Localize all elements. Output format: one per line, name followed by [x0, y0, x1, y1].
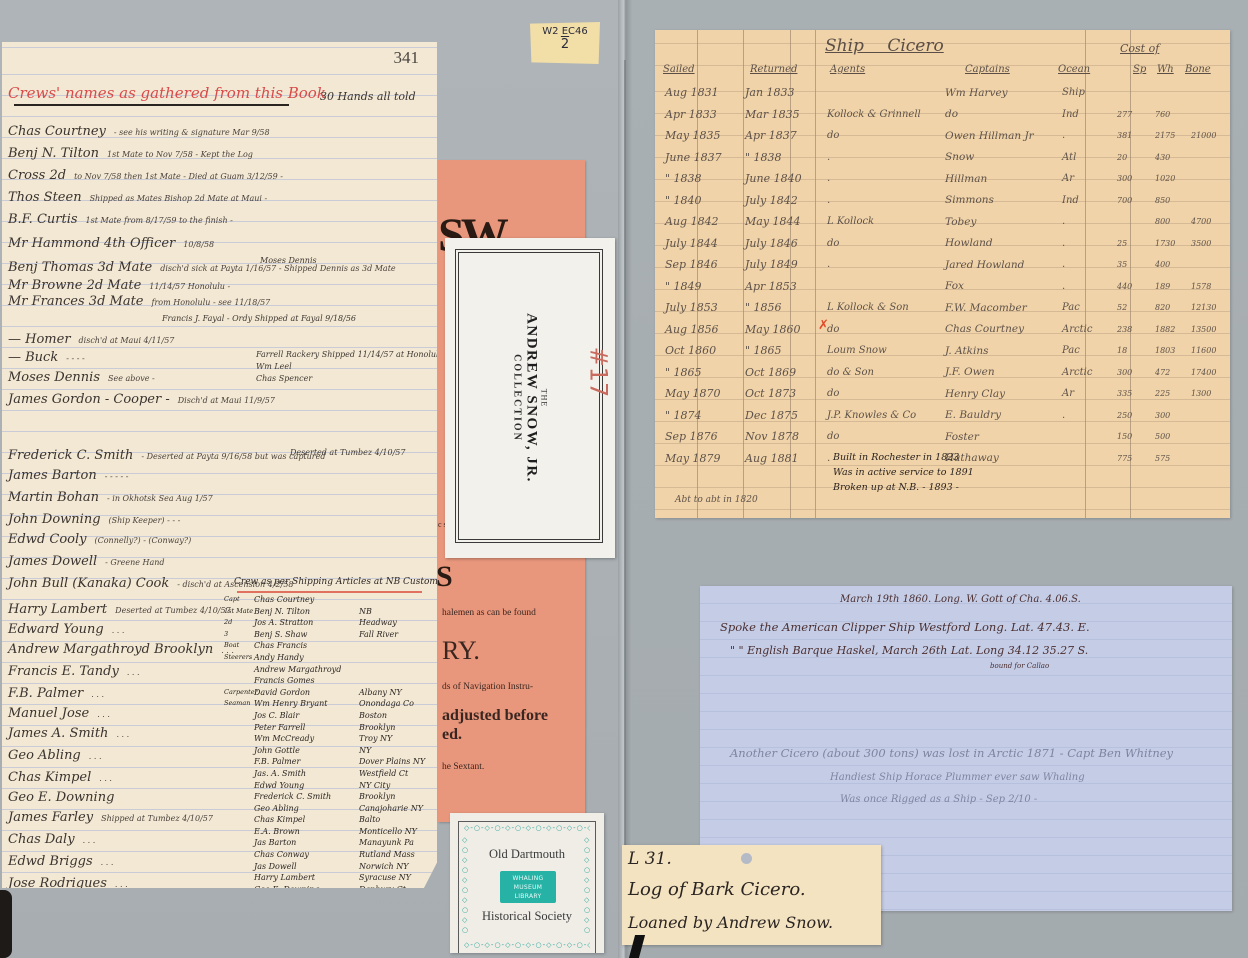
crew-name: Mr Hammond 4th Officer — [8, 236, 175, 251]
crew-note: - - - - — [66, 354, 84, 363]
letter-date-line: March 19th 1860. Long. W. Gott of Cha. 4… — [840, 594, 1081, 605]
crew-name: Harry Lambert — [254, 873, 359, 885]
shipping-article-row: SeamanWm Henry BryantOnondaga Co — [224, 699, 429, 711]
crew-note: Shipped at Tumbez 4/10/57 — [101, 814, 213, 823]
crew-name: Geo E. Downing — [8, 790, 114, 805]
crew-note: . . . — [127, 668, 140, 677]
ledger-cell-returned-date: July 1842 — [745, 194, 827, 207]
crew-entry: B.F. Curtis1st Mate from 8/17/59 to the … — [8, 212, 233, 227]
crew-hometown: Balto — [359, 815, 429, 827]
crew-note: . . . — [97, 710, 110, 719]
ledger-cell-agents: . — [827, 195, 927, 206]
card-handwritten-number: #17 — [584, 347, 612, 398]
ledger-col-returned: Returned — [750, 64, 797, 75]
ledger-cell-whalebone: 3500 — [1191, 239, 1230, 248]
shipping-article-row: Francis Gomes — [224, 676, 429, 688]
shipping-article-row: 2dJos A. StrattonHeadway — [224, 618, 429, 630]
ledger-cell-sailed-date: July 1853 — [655, 301, 745, 314]
crew-note: 1st Mate from 8/17/59 to the finish - — [86, 216, 233, 225]
crew-name: John Bull (Kanaka) Cook — [8, 576, 169, 591]
crew-page-title: Crews' names as gathered from this Book — [8, 84, 326, 102]
crew-note: . . . — [112, 626, 125, 635]
ledger-row: Oct 1860" 1865Loum SnowJ. AtkinsPac18180… — [655, 340, 1230, 362]
shipping-article-row: Jas. A. SmithWestfield Ct — [224, 769, 429, 781]
crew-rank — [224, 804, 254, 816]
tag-line-2: Log of Bark Cicero. — [628, 879, 806, 900]
ledger-cell-sperm-oil: 440 — [1117, 282, 1155, 291]
ledger-cell-ocean: Ship — [1062, 87, 1117, 98]
crew-rank: Boat — [224, 641, 254, 653]
ledger-row: " 1874Dec 1875J.P. Knowles & CoE. Bauldr… — [655, 405, 1230, 427]
crew-entry: Harry LambertDeserted at Tumbez 4/10/57 — [8, 602, 231, 617]
ledger-row: Apr 1833Mar 1835Kollock & GrinnelldoInd2… — [655, 104, 1230, 126]
crew-note: 10/8/58 — [183, 240, 214, 249]
crew-note: . . . — [89, 752, 102, 761]
ledger-cell-sailed-date: Aug 1856 — [655, 323, 745, 336]
crew-rank — [224, 711, 254, 723]
broadside-navigation-line: ds of Navigation Instru- — [442, 682, 533, 692]
page-number: 341 — [394, 48, 420, 68]
crew-side-note: Wm Leel — [256, 362, 292, 371]
crew-name: Chas Courtney — [254, 595, 359, 607]
crew-hometown: Headway — [359, 618, 429, 630]
call-number-tag: W2 EC46 2 — [530, 22, 600, 64]
ledger-cell-whale-oil: 300 — [1155, 411, 1191, 420]
crew-name: B.F. Curtis — [8, 212, 78, 227]
crew-name: Manuel Jose — [8, 706, 89, 721]
ledger-cell-captain: J. Atkins — [927, 345, 1062, 357]
ledger-cell-whalebone: 1578 — [1191, 282, 1230, 291]
ledger-cell-whale-oil: 400 — [1155, 260, 1191, 269]
crew-name: Benj N. Tilton — [254, 607, 359, 619]
crew-name: Benj S. Shaw — [254, 630, 359, 642]
crew-entry: Geo E. Downing — [8, 790, 122, 805]
crew-name: Benj Thomas 3d Mate — [8, 260, 152, 275]
crew-entry: James Barton- - - - - — [8, 468, 128, 483]
ledger-cell-sailed-date: " 1849 — [655, 280, 745, 293]
crew-name: James Barton — [8, 468, 97, 483]
ledger-cell-whale-oil: 760 — [1155, 110, 1191, 119]
ledger-cell-captain: Chas Courtney — [927, 323, 1062, 335]
crew-entry: Frederick C. Smith- Deserted at Payta 9/… — [8, 448, 325, 463]
crew-name: Francis Gomes — [254, 676, 359, 688]
call-number-line2: 2 — [530, 37, 600, 52]
red-x-mark: ✗ — [818, 318, 829, 333]
ledger-cell-whale-oil: 820 — [1155, 303, 1191, 312]
ledger-cell-sperm-oil: 25 — [1117, 239, 1155, 248]
crew-entry: Cross 2dto Nov 7/58 then 1st Mate - Died… — [8, 168, 283, 183]
ledger-cell-returned-date: Oct 1869 — [745, 366, 827, 379]
ledger-cell-sailed-date: May 1835 — [655, 129, 745, 142]
ledger-cell-whale-oil: 1730 — [1155, 239, 1191, 248]
crew-name: Chas Conway — [254, 850, 359, 862]
crew-hometown — [359, 676, 429, 688]
crew-name: Edwd Cooly — [8, 532, 87, 547]
crew-name: Edwd Briggs — [8, 854, 93, 869]
tag-line-3: Loaned by Andrew Snow. — [628, 913, 833, 932]
crew-note: (Connelly?) - (Conway?) — [95, 536, 192, 545]
crew-hometown: Boston — [359, 711, 429, 723]
ledger-row: " 1849Apr 1853Fox.4401891578 — [655, 276, 1230, 298]
ledger-cell-returned-date: Nov 1878 — [745, 430, 827, 443]
shipping-article-row: Wm McCreadyTroy NY — [224, 734, 429, 746]
ledger-col-sp: Sp — [1133, 64, 1146, 75]
crew-name: Geo Abling — [254, 804, 359, 816]
crew-hometown: Norwich NY — [359, 862, 429, 874]
ledger-cell-sailed-date: May 1879 — [655, 452, 745, 465]
ledger-cell-captain: Foster — [927, 431, 1062, 443]
crew-entry: James Gordon - Cooper -Disch'd at Maui 1… — [8, 392, 275, 407]
crew-rank — [224, 769, 254, 781]
crew-rank — [224, 676, 254, 688]
crew-name: Frederick C. Smith — [254, 792, 359, 804]
crew-entry: Manuel Jose. . . — [8, 706, 110, 721]
letter-line-2-sub: bound for Callao — [990, 662, 1049, 670]
crew-name: Edwd Young — [254, 781, 359, 793]
badge-line: WHALING — [500, 874, 556, 883]
bookplate-ornament-top: ◇-○-◇-○-◇-○-◇-○-◇-○-◇-○-◇ — [464, 824, 590, 832]
crew-entry: Chas Daly. . . — [8, 832, 95, 847]
ledger-row: " 1840July 1842.SimmonsInd700850 — [655, 190, 1230, 212]
crew-name: John Gottle — [254, 746, 359, 758]
ledger-cell-whalebone: 12130 — [1191, 303, 1230, 312]
ledger-cell-whale-oil: 225 — [1155, 389, 1191, 398]
shipping-article-row: Jas BartonManayunk Pa — [224, 838, 429, 850]
pencil-note-3: Was once Rigged as a Ship - Sep 2/10 - — [840, 794, 1037, 805]
ledger-history-notes: Built in Rochester in 1823 Was in active… — [833, 450, 974, 495]
shipping-article-row: Edwd YoungNY City — [224, 781, 429, 793]
ledger-cell-whale-oil: 2175 — [1155, 131, 1191, 140]
crew-hometown: Brooklyn — [359, 792, 429, 804]
ledger-row: Aug 1831Jan 1833Wm HarveyShip — [655, 82, 1230, 104]
shipping-article-row: F.B. PalmerDover Plains NY — [224, 757, 429, 769]
ledger-cell-returned-date: Dec 1875 — [745, 409, 827, 422]
ledger-cell-captain: Hillman — [927, 173, 1062, 185]
crew-name: Mr Frances 3d Mate — [8, 294, 144, 309]
ledger-cell-whale-oil: 430 — [1155, 153, 1191, 162]
shipping-article-row: E.A. BrownMonticello NY — [224, 827, 429, 839]
crew-name: Peter Farrell — [254, 723, 359, 735]
crew-rank — [224, 746, 254, 758]
call-number-line1: W2 EC46 — [530, 26, 600, 37]
broadside-ed-line: ed. — [442, 726, 462, 744]
ledger-cell-agents: . — [827, 173, 927, 184]
crew-name: Martin Bohan — [8, 490, 99, 505]
crew-hometown — [359, 665, 429, 677]
crew-entry: — Buck- - - - — [8, 350, 85, 365]
dark-cover-edge — [0, 890, 12, 958]
broadside-big-letter: S — [436, 560, 453, 594]
shipping-article-row: CarpenterDavid GordonAlbany NY — [224, 688, 429, 700]
ledger-cell-captain: Henry Clay — [927, 388, 1062, 400]
ledger-cell-ocean: Ar — [1062, 173, 1117, 184]
shipping-article-row: John GottleNY — [224, 746, 429, 758]
ledger-col-agents: Agents — [830, 64, 865, 75]
ledger-cell-sperm-oil: 20 — [1117, 153, 1155, 162]
ship-cicero-ledger: Ship Cicero Cost of Sailed Returned Agen… — [655, 30, 1230, 518]
ledger-cell-captain: F.W. Macomber — [927, 302, 1062, 314]
ledger-cell-agents: . — [827, 259, 927, 270]
ledger-cell-whale-oil: 1803 — [1155, 346, 1191, 355]
ledger-note: Built in Rochester in 1823 — [833, 450, 974, 465]
ledger-row: Sep 1876Nov 1878doFoster150500 — [655, 426, 1230, 448]
crew-rank — [224, 827, 254, 839]
ledger-cell-returned-date: Aug 1881 — [745, 452, 827, 465]
ledger-cell-whale-oil: 472 — [1155, 368, 1191, 377]
crew-entry: F.B. Palmer. . . — [8, 686, 104, 701]
crew-hometown — [359, 595, 429, 607]
crew-rank — [224, 781, 254, 793]
crew-entry: Benj Thomas 3d Matedisch'd sick at Payta… — [8, 260, 396, 275]
ledger-cell-whalebone: 17400 — [1191, 368, 1230, 377]
ledger-cell-sperm-oil: 250 — [1117, 411, 1155, 420]
crew-rank: 1st Mate — [224, 607, 254, 619]
ledger-cell-whale-oil: 500 — [1155, 432, 1191, 441]
crew-name: Chas Francis — [254, 641, 359, 653]
crew-name: E.A. Brown — [254, 827, 359, 839]
ledger-cell-sperm-oil: 35 — [1117, 260, 1155, 269]
ledger-cell-agents: do — [827, 431, 927, 442]
crew-note: . . . — [99, 774, 112, 783]
ledger-cell-sailed-date: Sep 1876 — [655, 430, 745, 443]
crew-note: See above - — [108, 374, 155, 383]
ledger-note: Was in active service to 1891 — [833, 465, 974, 480]
ledger-cell-sperm-oil: 277 — [1117, 110, 1155, 119]
crew-name: Wm Henry Bryant — [254, 699, 359, 711]
crew-note: Disch'd at Maui 11/9/57 — [178, 396, 275, 405]
crew-note: (Ship Keeper) - - - — [109, 516, 181, 525]
crew-name: James Gordon - Cooper - — [8, 392, 170, 407]
shipping-article-row: Peter FarrellBrooklyn — [224, 723, 429, 735]
ledger-cell-agents: L Kollock & Son — [827, 302, 927, 313]
ledger-cell-captain: Fox — [927, 280, 1062, 292]
crew-name: Andy Handy — [254, 653, 359, 665]
ledger-cell-captain: E. Bauldry — [927, 409, 1062, 421]
ledger-footer-note: Abt to abt in 1820 — [675, 495, 758, 505]
crew-name: Andrew Margathroyd Brooklyn — [8, 642, 213, 657]
crew-side-note: Francis J. Fayal - Ordy Shipped at Fayal… — [162, 314, 356, 323]
crew-rank — [224, 792, 254, 804]
ledger-cost-header: Cost of — [1120, 42, 1159, 55]
ledger-note: Broken up at N.B. - 1893 - — [833, 480, 974, 495]
crew-name: Harry Lambert — [8, 602, 107, 617]
ledger-cell-agents: do — [827, 388, 927, 399]
crew-side-note: Moses Dennis — [260, 256, 317, 265]
ledger-cell-whalebone: 1300 — [1191, 389, 1230, 398]
bookplate-org-line1: Old Dartmouth — [450, 847, 604, 862]
crew-entry: Edward Young. . . — [8, 622, 124, 637]
ledger-cell-ocean: Atl — [1062, 152, 1117, 163]
crew-name: James Dowell — [8, 554, 97, 569]
crew-name: F.B. Palmer — [254, 757, 359, 769]
crew-name: Chas Courtney — [8, 124, 106, 139]
crew-name: — Homer — [8, 332, 71, 347]
ledger-row: Sep 1846July 1849.Jared Howland.35400 — [655, 254, 1230, 276]
crew-name: F.B. Palmer — [8, 686, 83, 701]
crew-name: John Downing — [8, 512, 101, 527]
ledger-cell-whale-oil: 850 — [1155, 196, 1191, 205]
ledger-row: " 1838June 1840.HillmanAr3001020 — [655, 168, 1230, 190]
bookplate-org-line2: Historical Society — [450, 909, 604, 924]
crew-rank: Seaman — [224, 699, 254, 711]
crew-name: Jas. A. Smith — [254, 769, 359, 781]
ledger-row: Aug 1842May 1844L KollockTobey.8004700 — [655, 211, 1230, 233]
ledger-cell-captain: Wm Harvey — [927, 87, 1062, 99]
ledger-cell-sperm-oil: 775 — [1117, 454, 1155, 463]
crew-hometown: Dover Plains NY — [359, 757, 429, 769]
ledger-cell-captain: Simmons — [927, 194, 1062, 206]
letter-line-1: Spoke the American Clipper Ship Westford… — [720, 620, 1090, 634]
pencil-note-1: Another Cicero (about 300 tons) was lost… — [730, 746, 1173, 760]
crew-rank — [224, 850, 254, 862]
letter-line-2: " " English Barque Haskel, March 26th La… — [730, 644, 1088, 657]
crew-rank: Capt — [224, 595, 254, 607]
crew-name: James A. Smith — [8, 726, 108, 741]
crew-name: Jos C. Blair — [254, 711, 359, 723]
crew-name: Jos A. Stratton — [254, 618, 359, 630]
crew-name: Francis E. Tandy — [8, 664, 119, 679]
ledger-cell-returned-date: May 1860 — [745, 323, 827, 336]
ledger-cell-ocean: . — [1062, 216, 1117, 227]
ledger-cell-agents: do — [827, 238, 927, 249]
shipping-article-row: Harry LambertSyracuse NY — [224, 873, 429, 885]
shipping-article-row: BoatChas Francis — [224, 641, 429, 653]
ledger-row: " 1865Oct 1869do & SonJ.F. OwenArctic300… — [655, 362, 1230, 384]
card-collection-label: COLLECTION — [512, 283, 523, 513]
ledger-cell-returned-date: May 1844 — [745, 215, 827, 228]
ledger-cell-sailed-date: Sep 1846 — [655, 258, 745, 271]
crew-entry: Mr Frances 3d Matefrom Honolulu - see 11… — [8, 294, 270, 309]
ledger-col-wh: Wh — [1157, 64, 1174, 75]
crew-rank — [224, 734, 254, 746]
broadside-whalemen-line: halemen as can be found — [442, 608, 536, 618]
ledger-cell-sperm-oil: 335 — [1117, 389, 1155, 398]
crew-hometown: Albany NY — [359, 688, 429, 700]
crew-rank — [224, 815, 254, 827]
crew-hometown: Onondaga Co — [359, 699, 429, 711]
ledger-col-bone: Bone — [1185, 64, 1211, 75]
crew-name: Cross 2d — [8, 168, 66, 183]
crew-side-note: Chas Spencer — [256, 374, 312, 383]
crew-hometown: Westfield Ct — [359, 769, 429, 781]
crew-name: — Buck — [8, 350, 58, 365]
ledger-cell-agents: Loum Snow — [827, 345, 927, 356]
ledger-cell-returned-date: " 1865 — [745, 344, 827, 357]
ledger-cell-agents: do & Son — [827, 367, 927, 378]
shipping-article-row: Andrew Margathroyd — [224, 665, 429, 677]
shipping-article-row: Chas KimpelBalto — [224, 815, 429, 827]
ledger-cell-whalebone: 13500 — [1191, 325, 1230, 334]
ledger-cell-returned-date: Mar 1835 — [745, 108, 827, 121]
ledger-cell-ocean: Ar — [1062, 388, 1117, 399]
ledger-cell-sperm-oil: 381 — [1117, 131, 1155, 140]
crew-list-page: 341 Crews' names as gathered from this B… — [2, 42, 437, 888]
ledger-cell-ocean: Pac — [1062, 302, 1117, 313]
ledger-cell-whale-oil: 575 — [1155, 454, 1191, 463]
crew-note: . . . — [83, 836, 96, 845]
crew-note: - see his writing & signature Mar 9/58 — [114, 128, 270, 137]
shipping-article-row: 1st MateBenj N. TiltonNB — [224, 607, 429, 619]
crew-note: 1st Mate to Nov 7/58 - Kept the Log — [107, 150, 253, 159]
ledger-col-ocean: Ocean — [1058, 64, 1090, 75]
ledger-cell-sailed-date: Oct 1860 — [655, 344, 745, 357]
crew-hometown: Manayunk Pa — [359, 838, 429, 850]
crew-rank: 2d — [224, 618, 254, 630]
ledger-cell-returned-date: Apr 1837 — [745, 129, 827, 142]
ledger-cell-agents: Kollock & Grinnell — [827, 109, 927, 120]
crew-name: Mr Browne 2d Mate — [8, 278, 141, 293]
ledger-cell-sperm-oil: 300 — [1117, 174, 1155, 183]
log-label-tag: L 31. Log of Bark Cicero. Loaned by Andr… — [622, 845, 881, 945]
ledger-rows: Aug 1831Jan 1833Wm HarveyShipApr 1833Mar… — [655, 82, 1230, 469]
ledger-cell-agents: L Kollock — [827, 216, 927, 227]
crew-name: Moses Dennis — [8, 370, 100, 385]
ledger-row: July 1844July 1846doHowland.2517303500 — [655, 233, 1230, 255]
crew-entry: Edwd Cooly(Connelly?) - (Conway?) — [8, 532, 191, 547]
shipping-article-row: Jas DowellNorwich NY — [224, 862, 429, 874]
crew-note: - in Okhotsk Sea Aug 1/57 — [107, 494, 213, 503]
crew-entry: Edwd Briggs. . . — [8, 854, 113, 869]
crew-note: . . . — [91, 690, 104, 699]
crew-name: Andrew Margathroyd — [254, 665, 359, 677]
crew-entry: James A. Smith. . . — [8, 726, 129, 741]
ledger-cell-captain: Tobey — [927, 216, 1062, 228]
crew-rank — [224, 862, 254, 874]
crew-entry: John Downing(Ship Keeper) - - - — [8, 512, 180, 527]
ledger-cell-agents: do — [827, 130, 927, 141]
shipping-article-row: Frederick C. SmithBrooklyn — [224, 792, 429, 804]
crew-entry: Martin Bohan- in Okhotsk Sea Aug 1/57 — [8, 490, 213, 505]
crew-hometown: NY — [359, 746, 429, 758]
crew-entry: Mr Browne 2d Mate11/14/57 Honolulu - — [8, 278, 230, 293]
ledger-cell-ocean: . — [1062, 259, 1117, 270]
crew-rank: Carpenter — [224, 688, 254, 700]
crew-rank: Steerers — [224, 653, 254, 665]
crew-rank — [224, 757, 254, 769]
ledger-col-captains: Captains — [965, 64, 1010, 75]
ledger-cell-whale-oil: 1882 — [1155, 325, 1191, 334]
ledger-cell-sperm-oil: 700 — [1117, 196, 1155, 205]
ledger-cell-sailed-date: July 1844 — [655, 237, 745, 250]
crew-entry: Chas Kimpel. . . — [8, 770, 112, 785]
spine-crease — [624, 60, 626, 940]
ledger-cell-sperm-oil: 18 — [1117, 346, 1155, 355]
ledger-col-sailed: Sailed — [663, 64, 695, 75]
ledger-cell-ocean: . — [1062, 281, 1117, 292]
ledger-cell-returned-date: July 1846 — [745, 237, 827, 250]
ledger-cell-returned-date: Apr 1853 — [745, 280, 827, 293]
crew-entry: Francis E. Tandy. . . — [8, 664, 140, 679]
andrew-snow-collection-card: THE ANDREW SNOW, JR. COLLECTION #17 — [445, 238, 615, 558]
ledger-cell-ocean: Ind — [1062, 109, 1117, 120]
ledger-cell-captain: Owen Hillman Jr — [927, 130, 1062, 142]
ledger-cell-ocean: Ind — [1062, 195, 1117, 206]
crew-rank — [224, 665, 254, 677]
crew-entry: Andrew Margathroyd Brooklyn. . . — [8, 642, 234, 657]
shipping-articles-underline — [237, 591, 422, 593]
crew-entry: Moses DennisSee above - — [8, 370, 155, 385]
crew-entry: James Dowell- Greene Hand — [8, 554, 165, 569]
ledger-cell-sailed-date: Aug 1842 — [655, 215, 745, 228]
crew-note: from Honolulu - see 11/18/57 — [152, 298, 271, 307]
card-collector-name: ANDREW SNOW, JR. — [523, 283, 540, 513]
ledger-cell-sailed-date: " 1840 — [655, 194, 745, 207]
ledger-cell-ocean: . — [1062, 410, 1117, 421]
crew-hometown: NB — [359, 607, 429, 619]
badge-line: LIBRARY — [500, 892, 556, 901]
crew-name: Chas Kimpel — [8, 770, 91, 785]
crew-side-note: Farrell Rackery Shipped 11/14/57 at Hono… — [256, 350, 449, 359]
